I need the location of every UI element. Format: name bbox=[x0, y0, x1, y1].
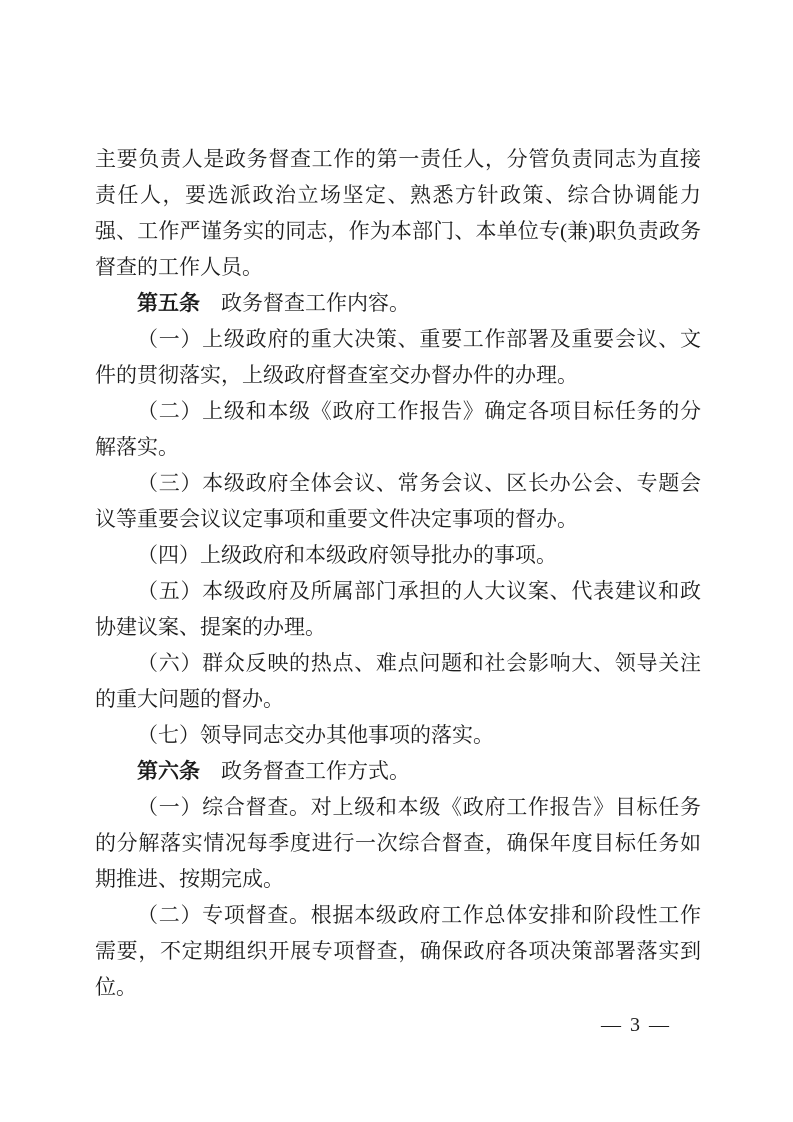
article-5-item-1: （一）上级政府的重大决策、重要工作部署及重要会议、文件的贯彻落实，上级政府督查室… bbox=[95, 321, 701, 393]
article-5-item-3: （三）本级政府全体会议、常务会议、区长办公会、专题会议等重要会议议定事项和重要文… bbox=[95, 465, 701, 537]
article-5-heading: 第五条政务督查工作内容。 bbox=[95, 285, 701, 321]
article-6-title: 政务督查工作方式。 bbox=[221, 759, 410, 783]
article-5-item-2: （二）上级和本级《政府工作报告》确定各项目标任务的分解落实。 bbox=[95, 393, 701, 465]
article-6-item-2: （二）专项督查。根据本级政府工作总体安排和阶段性工作需要，不定期组织开展专项督查… bbox=[95, 897, 701, 1005]
document-page: 主要负责人是政务督查工作的第一责任人，分管负责同志为直接责任人，要选派政治立场坚… bbox=[0, 0, 793, 1122]
article-5-item-7: （七）领导同志交办其他事项的落实。 bbox=[95, 717, 701, 753]
article-5-item-6: （六）群众反映的热点、难点问题和社会影响大、领导关注的重大问题的督办。 bbox=[95, 645, 701, 717]
page-number: — 3 — bbox=[601, 1014, 671, 1037]
article-5-number: 第五条 bbox=[137, 291, 200, 315]
article-6-number: 第六条 bbox=[137, 759, 200, 783]
body-paragraph-continuation: 主要负责人是政务督查工作的第一责任人，分管负责同志为直接责任人，要选派政治立场坚… bbox=[95, 141, 701, 285]
article-5-title: 政务督查工作内容。 bbox=[221, 291, 410, 315]
document-body: 主要负责人是政务督查工作的第一责任人，分管负责同志为直接责任人，要选派政治立场坚… bbox=[95, 141, 701, 1005]
article-5-item-4: （四）上级政府和本级政府领导批办的事项。 bbox=[95, 537, 701, 573]
article-6-item-1: （一）综合督查。对上级和本级《政府工作报告》目标任务的分解落实情况每季度进行一次… bbox=[95, 789, 701, 897]
article-6-heading: 第六条政务督查工作方式。 bbox=[95, 753, 701, 789]
article-5-item-5: （五）本级政府及所属部门承担的人大议案、代表建议和政协建议案、提案的办理。 bbox=[95, 573, 701, 645]
